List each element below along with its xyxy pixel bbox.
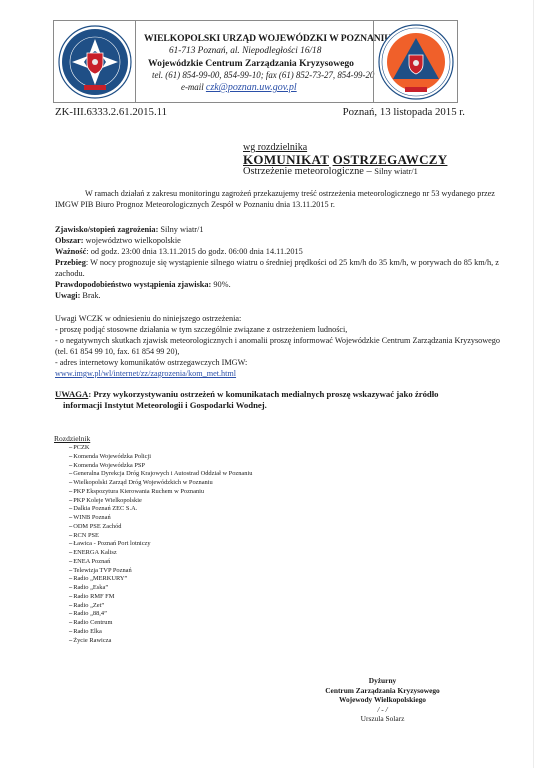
reference-number: ZK-III.6333.2.61.2015.11 bbox=[55, 106, 167, 118]
distribution-item: PKP Koleje Wielkopolskie bbox=[69, 497, 252, 506]
signatory-name: Urszula Solarz bbox=[300, 714, 465, 724]
field-course: Przebieg: W nocy prognozuje się wystąpie… bbox=[55, 257, 500, 279]
notice-label: UWAGA bbox=[55, 389, 88, 399]
title-part1: KOMUNIKAT bbox=[243, 152, 329, 167]
field-validity: Ważność: od godz. 23:00 dnia 13.11.2015 … bbox=[55, 246, 500, 257]
distribution-item: Radio „Eska” bbox=[69, 584, 252, 593]
right-logo-cell bbox=[373, 21, 457, 102]
contact-phones: tel. (61) 854-99-00, 854-99-10; fax (61)… bbox=[152, 70, 374, 81]
imgw-warnings-link[interactable]: www.imgw.pl/wl/internet/zz/zagrozenia/ko… bbox=[55, 368, 500, 379]
distribution-item: PKP Ekspozytura Kierowania Ruchem w Pozn… bbox=[69, 488, 252, 497]
wczk-note-item: - adres internetowy komunikatów ostrzega… bbox=[55, 357, 500, 368]
distribution-item: Wielkopolski Zarząd Dróg Wojewódzkich w … bbox=[69, 479, 252, 488]
title-part2: OSTRZEGAWCZY bbox=[333, 152, 448, 167]
distribution-item: ENEA Poznań bbox=[69, 558, 252, 567]
distribution-item: Radio „88,4” bbox=[69, 610, 252, 619]
crisis-center-emblem-icon bbox=[58, 25, 132, 99]
wczk-note-item: - o negatywnych skutkach zjawisk meteoro… bbox=[55, 335, 500, 357]
intro-paragraph: W ramach działań z zakresu monitoringu z… bbox=[55, 188, 500, 210]
letterhead: WIELKOPOLSKI URZĄD WOJEWÓDZKI W POZNANIU… bbox=[53, 20, 458, 103]
letterhead-text: WIELKOPOLSKI URZĄD WOJEWÓDZKI W POZNANIU… bbox=[136, 21, 374, 102]
wczk-notes: Uwagi WCZK w odniesieniu do niniejszego … bbox=[55, 313, 500, 379]
distribution-list: PCZKKomenda Wojewódzka PolicjiKomenda Wo… bbox=[69, 444, 252, 645]
distribution-item: Telewizja TVP Poznań bbox=[69, 567, 252, 576]
field-remarks: Uwagi: Brak. bbox=[55, 290, 500, 301]
distribution-item: WINB Poznań bbox=[69, 514, 252, 523]
distribution-item: ODM PSE Zachód bbox=[69, 523, 252, 532]
distribution-item: Radio „MERKURY” bbox=[69, 575, 252, 584]
crisis-center-name: Wojewódzkie Centrum Zarządzania Kryzysow… bbox=[148, 58, 354, 69]
distribution-item: RCN PSE bbox=[69, 532, 252, 541]
warning-details: Zjawisko/stopień zagrożenia: Silny wiatr… bbox=[55, 224, 500, 301]
distribution-item: Ławica - Poznań Port lotniczy bbox=[69, 540, 252, 549]
wczk-notes-heading: Uwagi WCZK w odniesieniu do niniejszego … bbox=[55, 313, 500, 324]
media-notice: UWAGA: Przy wykorzystywaniu ostrzeżeń w … bbox=[55, 389, 500, 411]
distribution-item: Radio „Zet” bbox=[69, 602, 252, 611]
place-date: Poznań, 13 listopada 2015 r. bbox=[343, 106, 465, 118]
distribution-item: Radio Elka bbox=[69, 628, 252, 637]
page-edge bbox=[533, 0, 534, 768]
distribution-item: Komenda Wojewódzka PSP bbox=[69, 462, 252, 471]
distribution-item: Generalna Dyrekcja Dróg Krajowych i Auto… bbox=[69, 470, 252, 479]
field-area: Obszar: województwo wielkopolskie bbox=[55, 235, 500, 246]
left-logo-cell bbox=[54, 21, 136, 102]
distribution-item: Radio RMF FM bbox=[69, 593, 252, 602]
institution-name: WIELKOPOLSKI URZĄD WOJEWÓDZKI W POZNANIU bbox=[144, 33, 391, 44]
distribution-item: ENERGA Kalisz bbox=[69, 549, 252, 558]
distribution-item: PCZK bbox=[69, 444, 252, 453]
signature-block: Dyżurny Centrum Zarządzania Kryzysowego … bbox=[300, 676, 465, 724]
field-probability: Prawdopodobieństwo wystąpienia zjawiska:… bbox=[55, 279, 500, 290]
distribution-item: Dalkia Poznań ZEC S.A. bbox=[69, 505, 252, 514]
distribution-item: Życie Rawicza bbox=[69, 637, 252, 646]
email-link[interactable]: czk@poznan.uw.gov.pl bbox=[206, 82, 297, 93]
wczk-note-item: - proszę podjąć stosowne działania w tym… bbox=[55, 324, 500, 335]
civil-protection-emblem-icon bbox=[378, 24, 454, 100]
distribution-heading: Rozdzielnik bbox=[54, 434, 90, 443]
field-phenomenon: Zjawisko/stopień zagrożenia: Silny wiatr… bbox=[55, 224, 500, 235]
email-label: e-mail bbox=[181, 82, 204, 92]
contact-email: e-mail czk@poznan.uw.gov.pl bbox=[181, 82, 297, 93]
distribution-item: Komenda Wojewódzka Policji bbox=[69, 453, 252, 462]
distribution-item: Radio Centrum bbox=[69, 619, 252, 628]
document-subtitle: Ostrzeżenie meteorologiczne – Silny wiat… bbox=[243, 166, 418, 177]
institution-address: 61-713 Poznań, al. Niepodległości 16/18 bbox=[169, 46, 321, 57]
